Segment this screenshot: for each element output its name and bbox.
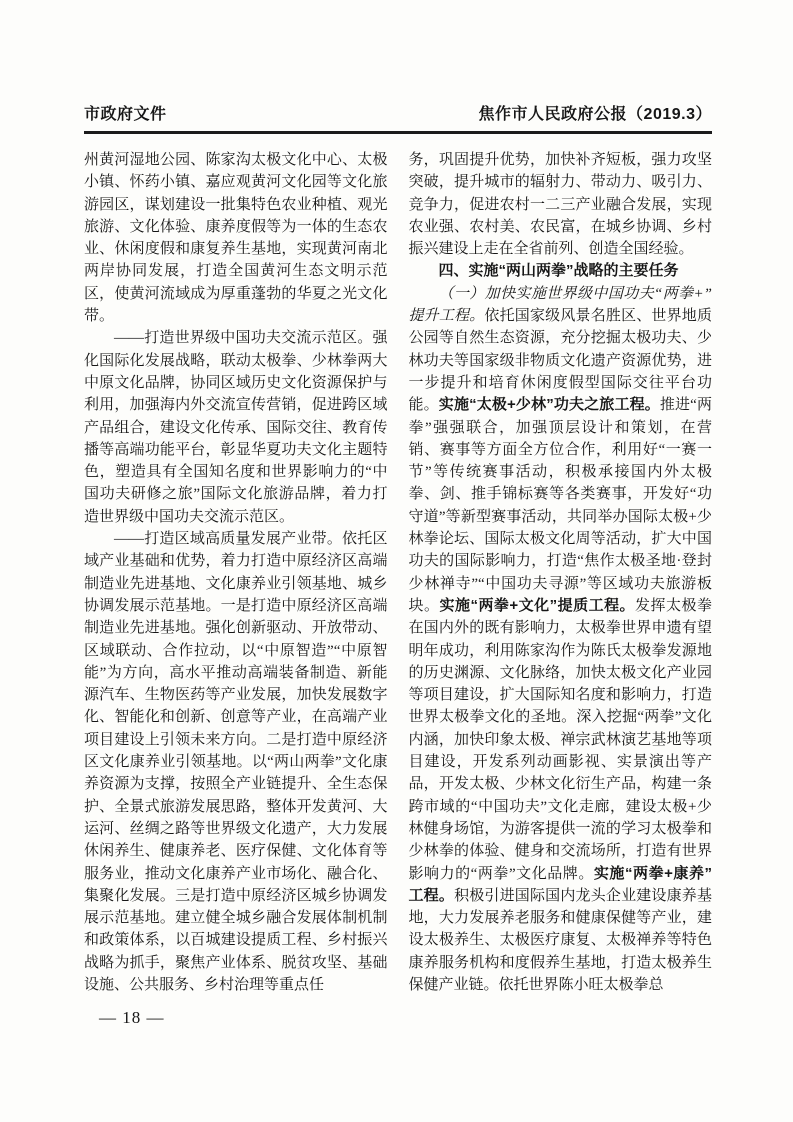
document-body: 州黄河湿地公园、陈家沟太极文化中心、太极小镇、怀药小镇、嘉应观黄河文化园等文化旅… [84, 149, 712, 996]
paragraph-continuation-right: 务，巩固提升优势，加快补齐短板，强力攻坚突破，提升城市的辐射力、带动力、吸引力、… [409, 149, 713, 260]
paragraph-kungfu-exchange-zone: ——打造世界级中国功夫交流示范区。强化国际化发展战略，联动太极拳、少林拳两大中原… [84, 327, 388, 528]
header-section-label: 市政府文件 [84, 101, 167, 124]
paragraph-item-one: （一）加快实施世界级中国功夫“两拳+”提升工程。依托国家级风景名胜区、世界地质公… [409, 283, 713, 997]
right-column: 务，巩固提升优势，加快补齐短板，强力攻坚突破，提升城市的辐射力、带动力、吸引力、… [409, 149, 713, 996]
page-header: 市政府文件 焦作市人民政府公报（2019.3） [84, 101, 712, 134]
paragraph-continuation-left: 州黄河湿地公园、陈家沟太极文化中心、太极小镇、怀药小镇、嘉应观黄河文化园等文化旅… [84, 149, 388, 327]
item-one-seg2: 推进“两拳”强强联合，加强顶层设计和策划，在营销、赛事等方面全方位合作，利用好“… [409, 397, 713, 614]
left-column: 州黄河湿地公园、陈家沟太极文化中心、太极小镇、怀药小镇、嘉应观黄河文化园等文化旅… [84, 149, 388, 996]
header-gazette-title: 焦作市人民政府公报（2019.3） [479, 101, 712, 124]
page-number: — 18 — [99, 1008, 165, 1028]
item-one-program-culture: 实施“两拳+文化”提质工程。 [439, 597, 635, 614]
item-one-program-taiji-shaolin: 实施“太极+少林”功夫之旅工程。 [439, 396, 660, 413]
paragraph-industry-belt: ——打造区域高质量发展产业带。依托区域产业基础和优势，着力打造中原经济区高端制造… [84, 528, 388, 996]
item-one-seg4: 积极引进国际国内龙头企业建设康养基地，大力发展养老服务和健康保健等产业，建设太极… [409, 888, 713, 993]
section-heading-four: 四、实施“两山两拳”战略的主要任务 [409, 260, 713, 282]
gazette-page: 市政府文件 焦作市人民政府公报（2019.3） 州黄河湿地公园、陈家沟太极文化中… [0, 0, 793, 1122]
item-one-seg3: 发挥太极拳在国内外的既有影响力，太极拳世界申遗有望明年成功，利用陈家沟作为陈氏太… [409, 598, 713, 882]
